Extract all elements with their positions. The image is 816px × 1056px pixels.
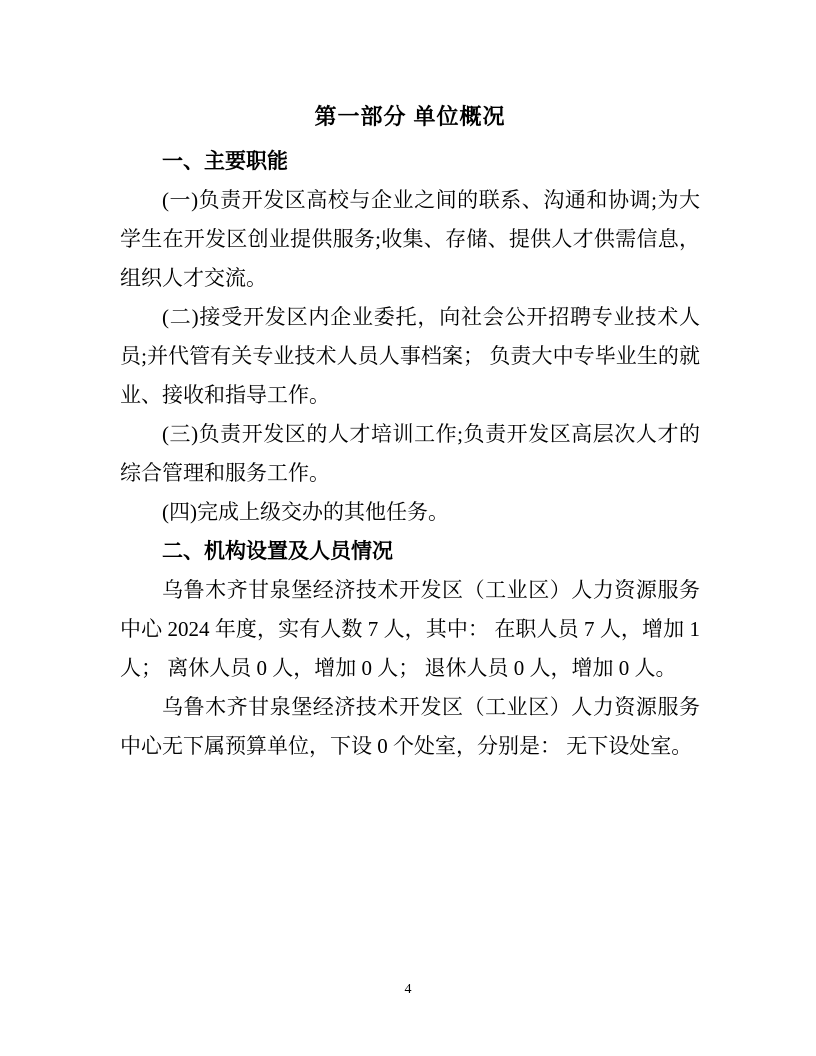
section-heading-main-functions: 一、主要职能 [120,142,700,181]
document-page: 第一部分 单位概况 一、主要职能 (一)负责开发区高校与企业之间的联系、沟通和协… [0,0,816,1056]
section-heading-organization-staff: 二、机构设置及人员情况 [120,532,700,571]
paragraph-function-4: (四)完成上级交办的其他任务。 [120,493,700,532]
paragraph-function-3: (三)负责开发区的人才培训工作;负责开发区高层次人才的综合管理和服务工作。 [120,415,700,493]
paragraph-function-1: (一)负责开发区高校与企业之间的联系、沟通和协调;为大学生在开发区创业提供服务;… [120,181,700,298]
paragraph-staffing: 乌鲁木齐甘泉堡经济技术开发区（工业区）人力资源服务中心 2024 年度，实有人数… [120,571,700,688]
paragraph-function-2: (二)接受开发区内企业委托，向社会公开招聘专业技术人员;并代管有关专业技术人员人… [120,298,700,415]
page-title: 第一部分 单位概况 [120,100,700,133]
page-number: 4 [0,982,816,998]
paragraph-subordinate-units: 乌鲁木齐甘泉堡经济技术开发区（工业区）人力资源服务中心无下属预算单位，下设 0 … [120,688,700,766]
